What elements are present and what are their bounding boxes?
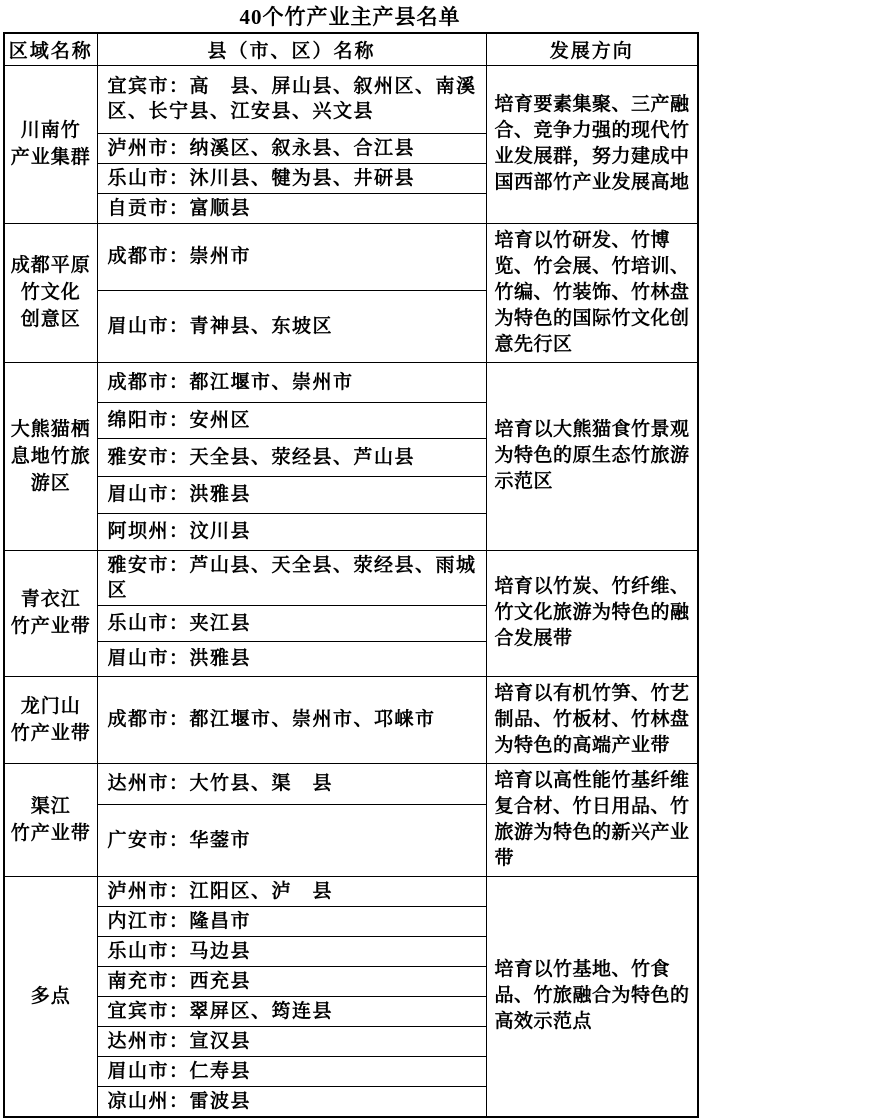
- table-row: 大熊猫栖 息地竹旅 游区成都市：都江堰市、崇州市培育以大熊猫食竹景观为特色的原生…: [4, 362, 698, 402]
- direction-cell: 培育以有机竹笋、竹艺制品、竹板材、竹林盘为特色的高端产业带: [486, 676, 698, 763]
- county-list-cell: 成都市：崇州市: [97, 223, 486, 290]
- header-row: 区域名称 县（市、区）名称 发展方向: [4, 33, 698, 65]
- county-list-cell: 自贡市：富顺县: [97, 193, 486, 223]
- county-list-cell: 乐山市：马边县: [97, 936, 486, 966]
- county-list-cell: 雅安市：天全县、荥经县、芦山县: [97, 438, 486, 476]
- county-list-cell: 阿坝州：汶川县: [97, 513, 486, 550]
- county-list-cell: 绵阳市：安州区: [97, 402, 486, 438]
- document-page: 40个竹产业主产县名单 区域名称 县（市、区）名称 发展方向 川南竹 产业集群宜…: [0, 0, 871, 1119]
- county-list-cell: 眉山市：洪雅县: [97, 476, 486, 513]
- region-name-cell: 多点: [4, 876, 97, 1117]
- table-body: 川南竹 产业集群宜宾市：高 县、屏山县、叙州区、南溪区、长宁县、江安县、兴文县培…: [4, 65, 698, 1117]
- county-list-cell: 乐山市：沐川县、犍为县、井研县: [97, 163, 486, 193]
- table-row: 川南竹 产业集群宜宾市：高 县、屏山县、叙州区、南溪区、长宁县、江安县、兴文县培…: [4, 65, 698, 133]
- col-header-counties: 县（市、区）名称: [97, 33, 486, 65]
- col-header-direction: 发展方向: [486, 33, 698, 65]
- county-list-cell: 达州市：宣汉县: [97, 1026, 486, 1056]
- region-name-cell: 龙门山 竹产业带: [4, 676, 97, 763]
- county-list-cell: 眉山市：仁寿县: [97, 1056, 486, 1086]
- direction-cell: 培育要素集聚、三产融合、竞争力强的现代竹业发展群，努力建成中国西部竹产业发展高地: [486, 65, 698, 223]
- direction-cell: 培育以竹基地、竹食品、竹旅融合为特色的高效示范点: [486, 876, 698, 1117]
- county-list-cell: 乐山市：夹江县: [97, 605, 486, 641]
- direction-cell: 培育以高性能竹基纤维复合材、竹日用品、竹旅游为特色的新兴产业带: [486, 763, 698, 876]
- table-row: 青衣江 竹产业带雅安市：芦山县、天全县、荥经县、雨城区培育以竹炭、竹纤维、竹文化…: [4, 550, 698, 605]
- table-row: 龙门山 竹产业带成都市：都江堰市、崇州市、邛崃市培育以有机竹笋、竹艺制品、竹板材…: [4, 676, 698, 763]
- county-list-cell: 泸州市：江阳区、泸 县: [97, 876, 486, 906]
- county-list-cell: 眉山市：洪雅县: [97, 641, 486, 676]
- bamboo-counties-table: 区域名称 县（市、区）名称 发展方向 川南竹 产业集群宜宾市：高 县、屏山县、叙…: [3, 32, 699, 1118]
- county-list-cell: 泸州市：纳溪区、叙永县、合江县: [97, 133, 486, 163]
- county-list-cell: 内江市：隆昌市: [97, 906, 486, 936]
- county-list-cell: 达州市：大竹县、渠 县: [97, 763, 486, 805]
- region-name-cell: 青衣江 竹产业带: [4, 550, 97, 676]
- county-list-cell: 宜宾市：翠屏区、筠连县: [97, 996, 486, 1026]
- county-list-cell: 成都市：都江堰市、崇州市、邛崃市: [97, 676, 486, 763]
- county-list-cell: 凉山州：雷波县: [97, 1086, 486, 1117]
- table-row: 多点泸州市：江阳区、泸 县培育以竹基地、竹食品、竹旅融合为特色的高效示范点: [4, 876, 698, 906]
- direction-cell: 培育以竹研发、竹博览、竹会展、竹培训、竹编、竹装饰、竹林盘为特色的国际竹文化创意…: [486, 223, 698, 362]
- direction-cell: 培育以大熊猫食竹景观为特色的原生态竹旅游示范区: [486, 362, 698, 550]
- county-list-cell: 南充市：西充县: [97, 966, 486, 996]
- region-name-cell: 大熊猫栖 息地竹旅 游区: [4, 362, 97, 550]
- region-name-cell: 渠江 竹产业带: [4, 763, 97, 876]
- region-name-cell: 川南竹 产业集群: [4, 65, 97, 223]
- county-list-cell: 雅安市：芦山县、天全县、荥经县、雨城区: [97, 550, 486, 605]
- table-row: 成都平原 竹文化 创意区成都市：崇州市培育以竹研发、竹博览、竹会展、竹培训、竹编…: [4, 223, 698, 290]
- page-title: 40个竹产业主产县名单: [3, 5, 697, 29]
- col-header-region: 区域名称: [4, 33, 97, 65]
- county-list-cell: 广安市：华蓥市: [97, 805, 486, 876]
- table-row: 渠江 竹产业带达州市：大竹县、渠 县培育以高性能竹基纤维复合材、竹日用品、竹旅游…: [4, 763, 698, 805]
- direction-cell: 培育以竹炭、竹纤维、竹文化旅游为特色的融合发展带: [486, 550, 698, 676]
- region-name-cell: 成都平原 竹文化 创意区: [4, 223, 97, 362]
- county-list-cell: 宜宾市：高 县、屏山县、叙州区、南溪区、长宁县、江安县、兴文县: [97, 65, 486, 133]
- county-list-cell: 成都市：都江堰市、崇州市: [97, 362, 486, 402]
- county-list-cell: 眉山市：青神县、东坡区: [97, 290, 486, 362]
